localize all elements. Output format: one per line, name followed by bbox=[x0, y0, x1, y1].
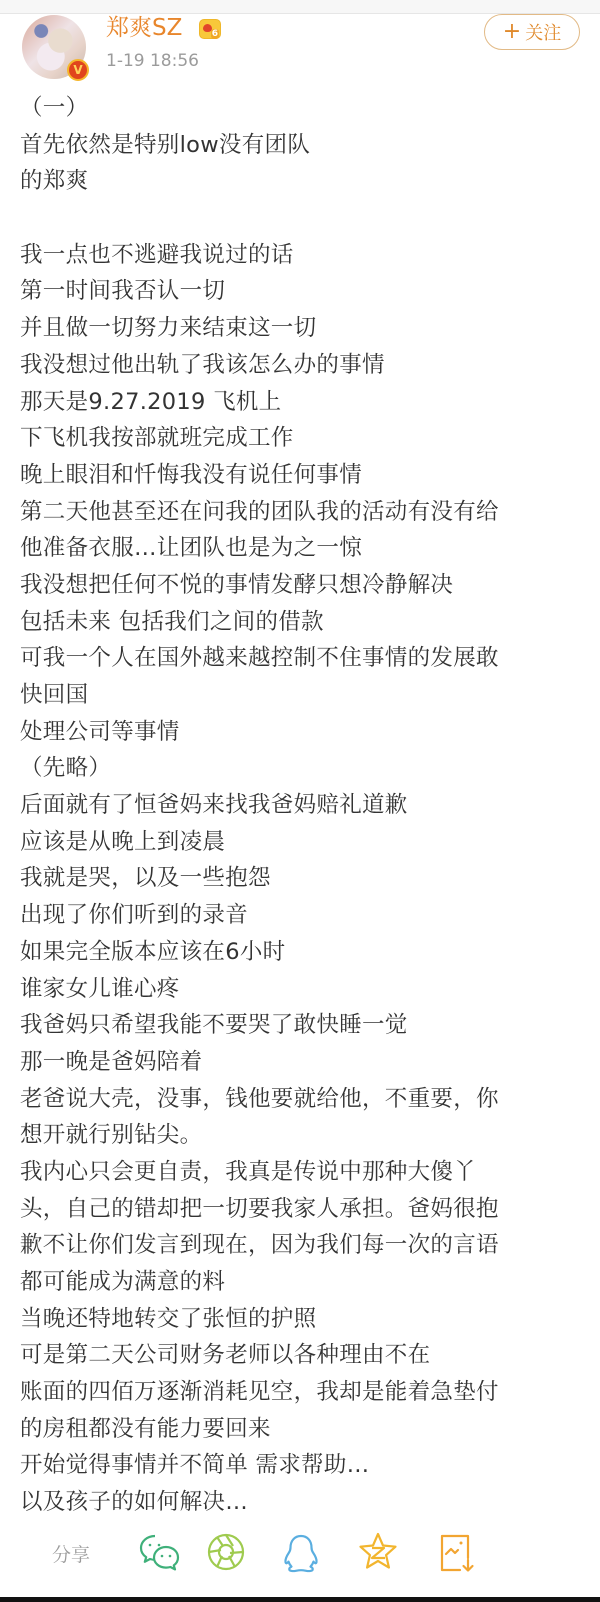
qzone-icon[interactable] bbox=[356, 1530, 400, 1578]
post-line: 谁家女儿谁心疼 bbox=[20, 971, 590, 1008]
post-line: 首先依然是特别low没有团队 bbox=[20, 127, 590, 164]
author-name[interactable]: 郑爽SZ bbox=[106, 14, 182, 42]
post-line: 都可能成为满意的料 bbox=[20, 1264, 590, 1301]
post-line: 他准备衣服…让团队也是为之一惊 bbox=[20, 530, 590, 567]
post-line: 歉不让你们发言到现在，因为我们每一次的言语 bbox=[20, 1227, 590, 1264]
save-image-icon[interactable] bbox=[434, 1530, 478, 1578]
post-line: 的房租都没有能力要回来 bbox=[20, 1411, 590, 1448]
post-line-blank bbox=[20, 200, 590, 237]
post-line: 我就是哭，以及一些抱怨 bbox=[20, 860, 590, 897]
bottom-edge bbox=[0, 1597, 600, 1602]
post-line: 应该是从晚上到凌晨 bbox=[20, 824, 590, 861]
post-line: 我内心只会更自责，我真是传说中那种大傻丫 bbox=[20, 1154, 590, 1191]
post-line: 我爸妈只希望我能不要哭了敢快睡一觉 bbox=[20, 1007, 590, 1044]
verified-badge-icon: V bbox=[67, 59, 89, 81]
post-line: 如果完全版本应该在6小时 bbox=[20, 934, 590, 971]
share-bar: 分享 bbox=[0, 1530, 600, 1590]
share-label: 分享 bbox=[52, 1540, 90, 1567]
post-line: 包括未来 包括我们之间的借款 bbox=[20, 604, 590, 641]
post-line: 第一时间我否认一切 bbox=[20, 273, 590, 310]
follow-button[interactable]: + 关注 bbox=[484, 14, 580, 50]
post-line: （先略） bbox=[20, 750, 590, 787]
post-line: 那一晚是爸妈陪着 bbox=[20, 1044, 590, 1081]
post-line: 那天是9.27.2019 飞机上 bbox=[20, 384, 590, 421]
top-edge bbox=[0, 0, 600, 14]
post-line: 账面的四佰万逐渐消耗见空，我却是能着急垫付 bbox=[20, 1374, 590, 1411]
plus-icon: + bbox=[503, 21, 521, 43]
post-timestamp: 1-19 18:56 bbox=[106, 50, 199, 72]
moments-icon[interactable] bbox=[204, 1530, 248, 1578]
follow-label: 关注 bbox=[525, 19, 561, 45]
post-header: V 郑爽SZ 1-19 18:56 + 关注 bbox=[0, 14, 600, 84]
post-line: 当晚还特地转交了张恒的护照 bbox=[20, 1301, 590, 1338]
post-body: （一） 首先依然是特别low没有团队 的郑爽 我一点也不逃避我说过的话 第一时间… bbox=[20, 90, 590, 1521]
post-line: 我没想把任何不悦的事情发酵只想冷静解决 bbox=[20, 567, 590, 604]
post-line: 我一点也不逃避我说过的话 bbox=[20, 237, 590, 274]
post-line: 并且做一切努力来结束这一切 bbox=[20, 310, 590, 347]
post-line: 可是第二天公司财务老师以各种理由不在 bbox=[20, 1337, 590, 1374]
post-line: （一） bbox=[20, 90, 590, 127]
post-line: 头，自己的错却把一切要我家人承担。爸妈很抱 bbox=[20, 1191, 590, 1228]
post-line: 可我一个人在国外越来越控制不住事情的发展敢 bbox=[20, 640, 590, 677]
wechat-icon[interactable] bbox=[137, 1530, 181, 1578]
post-line: 快回国 bbox=[20, 677, 590, 714]
post-line: 想开就行别钻尖。 bbox=[20, 1117, 590, 1154]
post-line: 开始觉得事情并不简单 需求帮助… bbox=[20, 1447, 590, 1484]
post-line: 我没想过他出轨了我该怎么办的事情 bbox=[20, 347, 590, 384]
vip-badge-icon[interactable] bbox=[199, 19, 221, 39]
post-line: 老爸说大壳，没事，钱他要就给他，不重要，你 bbox=[20, 1081, 590, 1118]
post-line: 出现了你们听到的录音 bbox=[20, 897, 590, 934]
post-line: 处理公司等事情 bbox=[20, 714, 590, 751]
post-line: 的郑爽 bbox=[20, 163, 590, 200]
post-line: 以及孩子的如何解决… bbox=[20, 1484, 590, 1521]
post-line: 后面就有了恒爸妈来找我爸妈赔礼道歉 bbox=[20, 787, 590, 824]
qq-icon[interactable] bbox=[279, 1530, 323, 1578]
post-line: 晚上眼泪和忏悔我没有说任何事情 bbox=[20, 457, 590, 494]
post-line: 下飞机我按部就班完成工作 bbox=[20, 420, 590, 457]
post-line: 第二天他甚至还在问我的团队我的活动有没有给 bbox=[20, 494, 590, 531]
